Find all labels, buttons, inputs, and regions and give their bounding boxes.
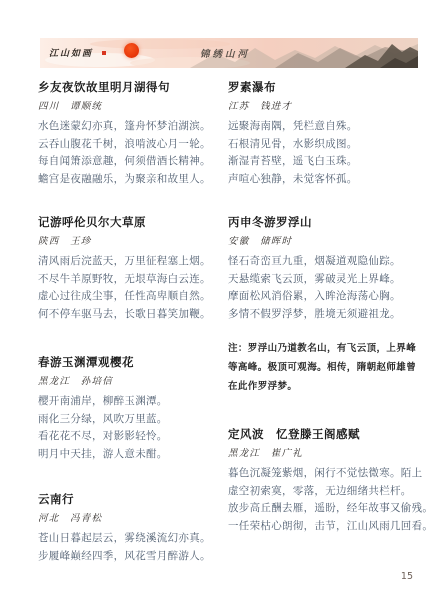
- poem-block: 春游玉渊潭观樱花 黑龙江 孙培信 樱开南浦岸，柳醉玉渊潭。 雨化三分绿，风吹万里…: [38, 356, 218, 463]
- poem-title: 乡友夜饮故里明月湖得句: [38, 81, 218, 94]
- poem-author: 四川 谭顺统: [38, 101, 218, 113]
- poem-line: 声喧心独静，未觉客怀孤。: [228, 171, 420, 189]
- poem-block: 记游呼伦贝尔大草原 陕西 王珍 清风雨后浣蓝天，万里征程塞上烟。 不尽牛羊原野牧…: [38, 216, 218, 323]
- poem-line: 渐湿青苔壁，遥飞白玉珠。: [228, 153, 420, 171]
- poem-title: 丙申冬游罗浮山: [228, 216, 420, 229]
- poem-block: 丙申冬游罗浮山 安徽 储晖时 怪石奇峦亘九重，烟凝道观隐仙踪。 天悬缆索飞云顶，…: [228, 216, 420, 396]
- poem-author: 安徽 储晖时: [228, 236, 420, 248]
- poem-line: 暮色沉凝笼紫烟，闲行不觉怯微寒。陌上: [228, 465, 420, 483]
- poem-line: 放步高丘酬去雁，遥盼，经年故事又偷残。: [228, 500, 420, 518]
- banner-center-calligraphy: 锦绣山河: [200, 46, 250, 60]
- poem-line: 每自闻箫添意趣，何须借酒长精神。: [38, 153, 218, 171]
- poem-block: 定风波 忆登滕王阁感赋 黑龙江 崔广礼 暮色沉凝笼紫烟，闲行不觉怯微寒。陌上 虚…: [228, 428, 420, 535]
- poem-line: 远聚海南隅，凭栏意自殊。: [228, 118, 420, 136]
- poem-title: 春游玉渊潭观樱花: [38, 356, 218, 369]
- poem-author: 黑龙江 孙培信: [38, 376, 218, 388]
- poem-line: 明月中天挂，游人意未酣。: [38, 446, 218, 464]
- poem-block: 乡友夜饮故里明月湖得句 四川 谭顺统 水色迷蒙幻亦真，篷舟怀梦泊湖滨。 云吞山腹…: [38, 81, 218, 188]
- poem-note: 注：罗浮山乃道教名山，有飞云顶，上界峰等高峰。极顶可观海。相传，隋朝赵师雄曾在此…: [228, 339, 418, 396]
- poem-author: 河北 冯青松: [38, 513, 218, 525]
- poem-line: 水色迷蒙幻亦真，篷舟怀梦泊湖滨。: [38, 118, 218, 136]
- poem-line: 摩面松风消俗累，入眸沧海荡心胸。: [228, 288, 420, 306]
- poem-line: 不尽牛羊原野牧，无垠草海白云连。: [38, 271, 218, 289]
- poem-line: 看花花不尽，对影影轻怜。: [38, 428, 218, 446]
- red-sun-icon: [124, 43, 139, 58]
- poem-line: 苍山日暮起层云，雾绕溪流幻亦真。: [38, 530, 218, 548]
- poem-line: 何不停车驱马去，长歌日暮笑加鞭。: [38, 306, 218, 324]
- poem-line: 雨化三分绿，风吹万里蓝。: [38, 411, 218, 429]
- poem-line: 步履峰巅经四季，风花雪月醉游人。: [38, 548, 218, 566]
- poem-line: 天悬缆索飞云顶，雾破灵光上界峰。: [228, 271, 420, 289]
- poem-line: 清风雨后浣蓝天，万里征程塞上烟。: [38, 253, 218, 271]
- header-banner: 江山如画 锦绣山河: [40, 38, 418, 68]
- poem-line: 虚心过往成尘事，任性高卑顺自然。: [38, 288, 218, 306]
- poem-author: 陕西 王珍: [38, 236, 218, 248]
- banner-left-calligraphy: 江山如画: [49, 46, 93, 59]
- poem-title: 罗素瀑布: [228, 81, 420, 94]
- poem-line: 怪石奇峦亘九重，烟凝道观隐仙踪。: [228, 253, 420, 271]
- poem-block: 云南行 河北 冯青松 苍山日暮起层云，雾绕溪流幻亦真。 步履峰巅经四季，风花雪月…: [38, 493, 218, 565]
- red-seal-icon: [102, 51, 106, 55]
- poem-line: 多情不假罗浮梦，胜境无须避祖龙。: [228, 306, 420, 324]
- poem-title: 定风波 忆登滕王阁感赋: [228, 428, 420, 441]
- poem-line: 一任荣枯心朗彻，击节，江山风雨几回看。: [228, 518, 420, 536]
- poem-line: 石根清见骨，水影织成图。: [228, 136, 420, 154]
- poem-line: 虚空初索寞，零落，无边细绪共栏杆。: [228, 483, 420, 501]
- poem-title: 云南行: [38, 493, 218, 506]
- poem-line: 云吞山腹花千树，浪啃波心月一轮。: [38, 136, 218, 154]
- poem-line: 蟾宫是夜融融乐，为聚亲和故里人。: [38, 171, 218, 189]
- poem-line: 樱开南浦岸，柳醉玉渊潭。: [38, 393, 218, 411]
- poetry-page: 江山如画 锦绣山河 乡友夜饮故里明月湖得句 四川 谭顺统 水色迷蒙幻亦真，篷舟怀…: [0, 0, 427, 600]
- poem-block: 罗素瀑布 江苏 钱进才 远聚海南隅，凭栏意自殊。 石根清见骨，水影织成图。 渐湿…: [228, 81, 420, 188]
- poem-author: 江苏 钱进才: [228, 101, 420, 113]
- poem-title: 记游呼伦贝尔大草原: [38, 216, 218, 229]
- page-number: 15: [401, 571, 413, 582]
- poem-author: 黑龙江 崔广礼: [228, 448, 420, 460]
